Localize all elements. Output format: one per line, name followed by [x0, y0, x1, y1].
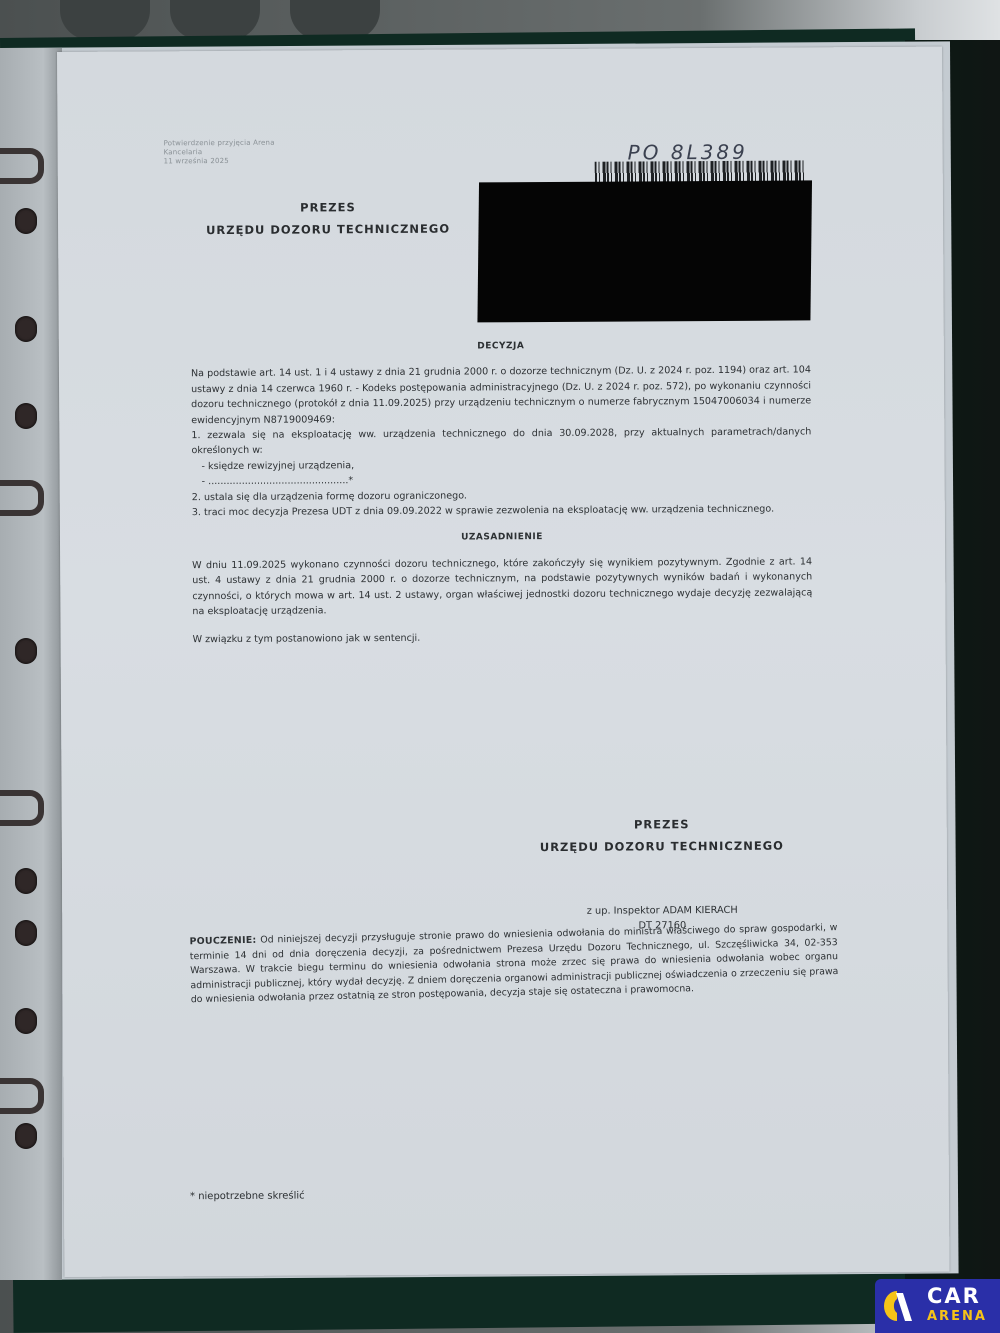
- signer-name: z up. Inspektor ADAM KIERACH: [542, 903, 782, 919]
- brand-subname: ARENA: [927, 1309, 987, 1325]
- car-arena-logo-icon: [883, 1289, 913, 1323]
- issuer-title: PREZES: [188, 195, 468, 219]
- binder-ring-icon: [0, 1078, 44, 1114]
- decision-body: DECYZJA Na podstawie art. 14 ust. 1 i 4 …: [191, 337, 813, 647]
- stamp-line: Potwierdzenie przyjęcia Arena: [164, 139, 275, 149]
- issuer-office: URZĘDU DOZORU TECHNICZNEGO: [188, 217, 468, 241]
- decision-point-1: 1. zezwala się na eksploatację ww. urząd…: [191, 424, 811, 459]
- punch-hole: [15, 868, 37, 894]
- signature-header: PREZES URZĘDU DOZORU TECHNICZNEGO: [502, 812, 822, 858]
- redacted-address-block: [477, 180, 812, 322]
- punch-hole: [15, 403, 37, 429]
- instruction-text: Od niniejszej decyzji przysługuje stroni…: [190, 922, 839, 1005]
- signature-office: URZĘDU DOZORU TECHNICZNEGO: [502, 834, 822, 858]
- issuer-header: PREZES URZĘDU DOZORU TECHNICZNEGO: [188, 195, 468, 241]
- instruction-label: POUCZENIE:: [189, 935, 256, 947]
- justification-heading: UZASADNIENIE: [192, 529, 812, 548]
- brand-name: CAR: [927, 1285, 981, 1307]
- surface-detail: [60, 0, 150, 40]
- punch-hole: [15, 920, 37, 946]
- receipt-stamp: Potwierdzenie przyjęcia Arena Kancelaria…: [164, 139, 275, 167]
- sheet-protector-punched-strip: [0, 48, 62, 1280]
- decision-intro: Na podstawie art. 14 ust. 1 i 4 ustawy z…: [191, 363, 811, 428]
- punch-hole: [15, 208, 37, 234]
- stamp-line: 11 września 2025: [164, 157, 275, 167]
- punch-hole: [15, 1123, 37, 1149]
- punch-hole: [15, 316, 37, 342]
- appeal-instruction: POUCZENIE: Od niniejszej decyzji przysłu…: [189, 921, 838, 1008]
- binder-ring-icon: [0, 480, 44, 516]
- signature-title: PREZES: [502, 812, 822, 836]
- binder-ring-icon: [0, 790, 44, 826]
- justification-paragraph: W dniu 11.09.2025 wykonano czynności doz…: [192, 554, 812, 619]
- binder-ring-icon: [0, 148, 44, 184]
- footnote: * niepotrzebne skreślić: [190, 1191, 305, 1203]
- punch-hole: [15, 1008, 37, 1034]
- decision-heading: DECYZJA: [191, 337, 811, 356]
- justification-conclusion: W związku z tym postanowiono jak w sente…: [193, 628, 813, 647]
- surface-detail: [170, 0, 260, 40]
- punch-hole: [15, 638, 37, 664]
- car-arena-watermark: CAR ARENA: [875, 1279, 1000, 1333]
- document-page: Potwierdzenie przyjęcia Arena Kancelaria…: [57, 47, 949, 1277]
